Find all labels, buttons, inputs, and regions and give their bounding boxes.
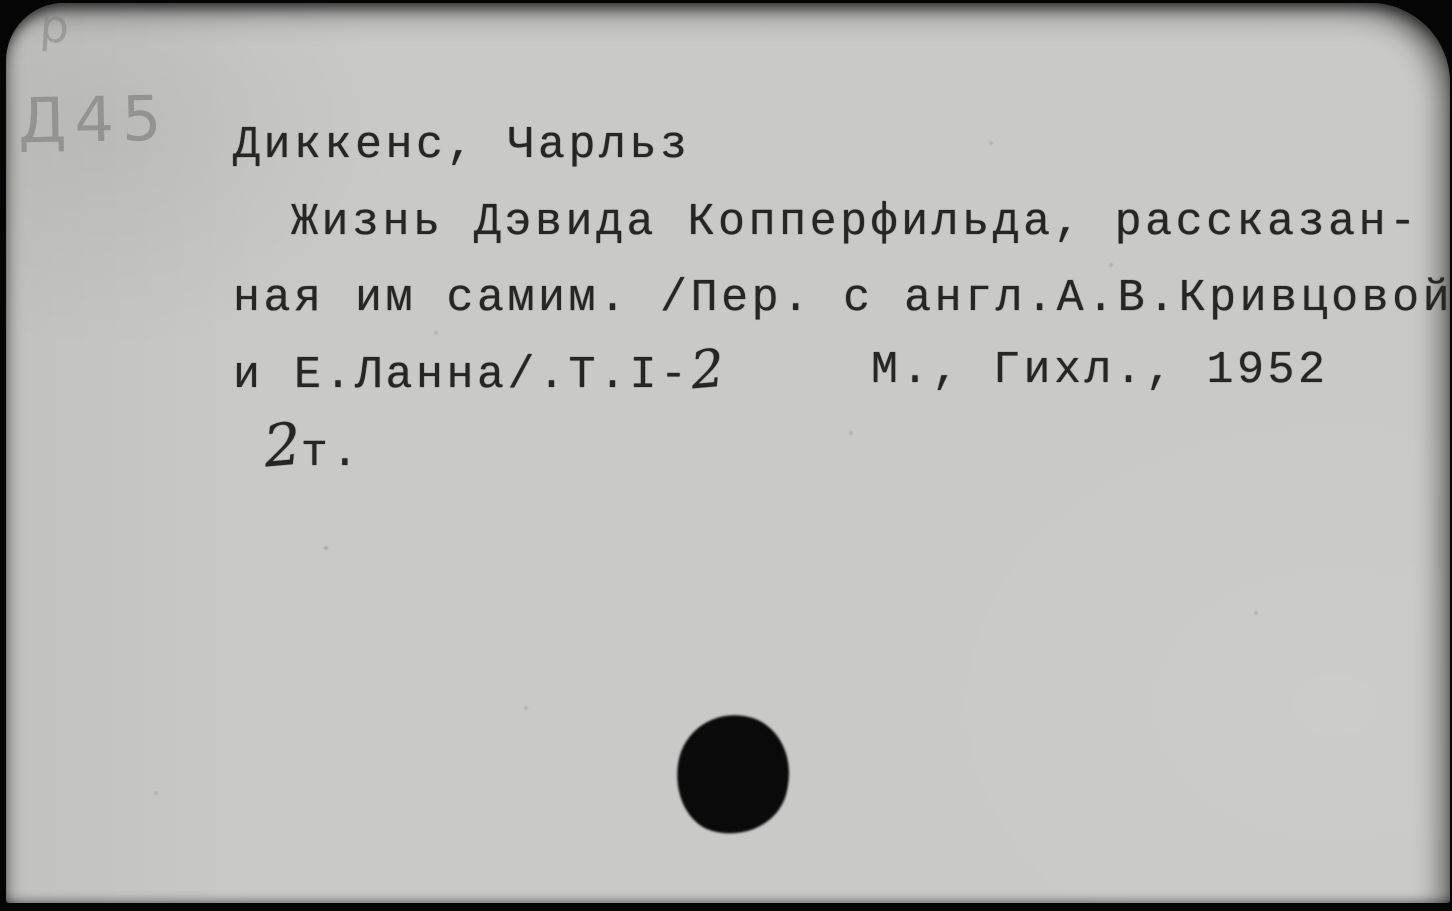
pencil-squiggle: р — [38, 2, 70, 50]
edition-statement-line: и Е.Ланна/.Т.I-2 — [233, 348, 724, 398]
handwritten-volume-numeral: 2 — [689, 347, 726, 395]
author-line: Диккенс, Чарльз — [233, 123, 691, 168]
edition-statement: и Е.Ланна/.Т.I- — [233, 350, 691, 401]
volumes-line: 2т. — [264, 423, 362, 476]
handwritten-volumes-numeral: 2 — [262, 421, 303, 469]
imprint-line: М., Гихл., 1952 — [871, 348, 1329, 393]
hole-punch-dot — [668, 706, 799, 843]
volumes-suffix: т. — [301, 428, 362, 479]
title-line-2: ная им самим. /Пер. с англ.А.В.Кривцовой — [233, 276, 1452, 321]
call-number: Д45 — [17, 88, 169, 153]
title-line-1: Жизнь Дэвида Копперфильда, рассказан- — [291, 200, 1420, 245]
catalog-card: р Д45 Диккенс, Чарльз Жизнь Дэвида Коппе… — [6, 3, 1450, 903]
